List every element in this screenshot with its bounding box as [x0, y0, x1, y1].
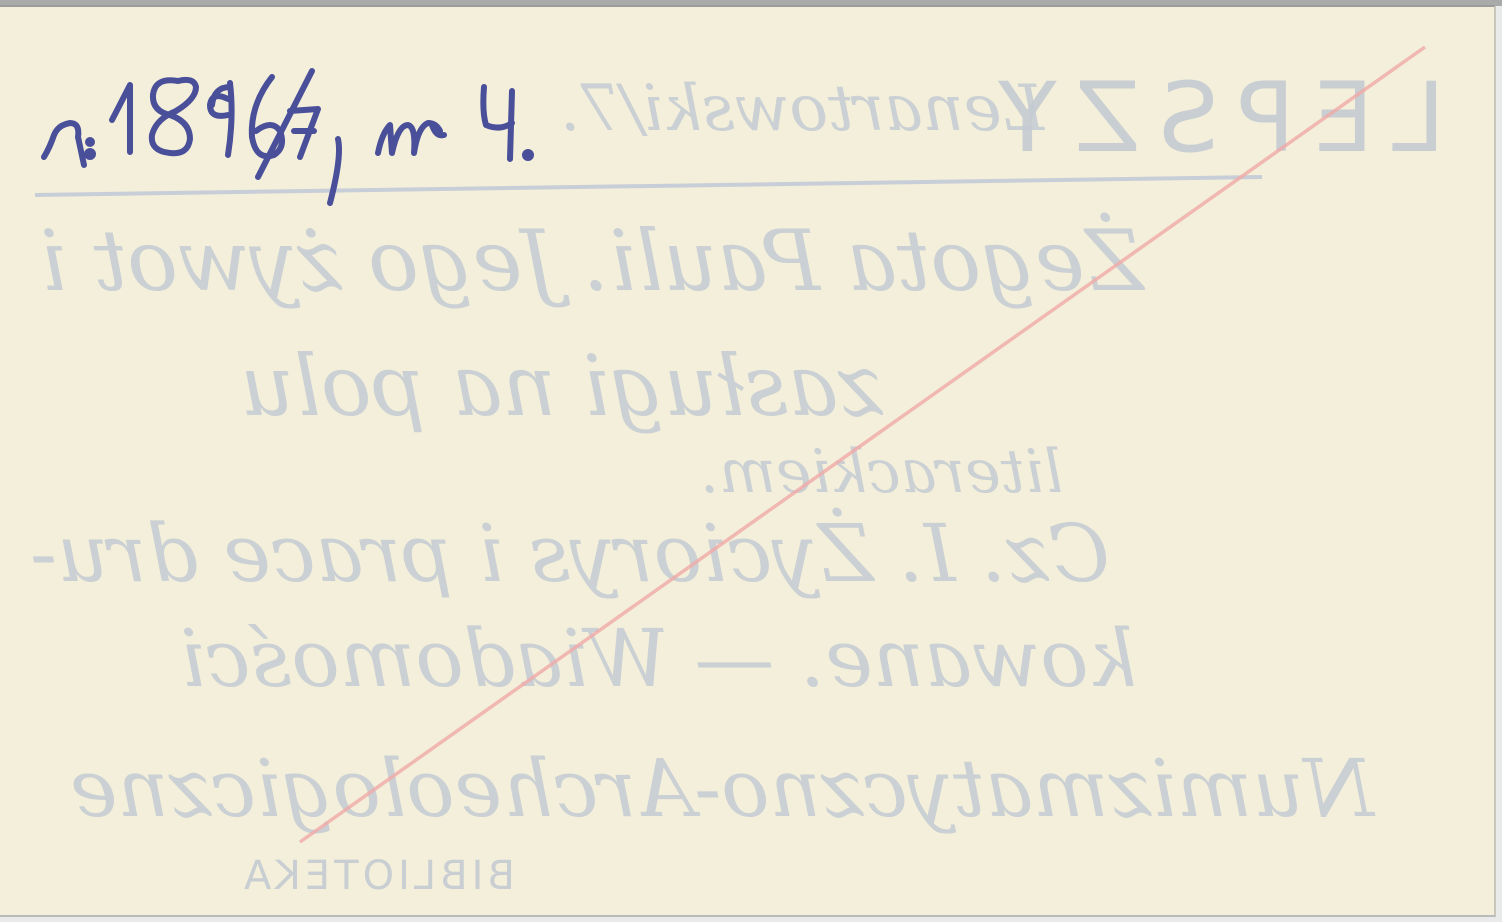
index-card: O LEPSZY Lenartowski/7. Żegota Pauli. Je…: [0, 5, 1496, 917]
handwritten-heading: [0, 7, 1496, 917]
